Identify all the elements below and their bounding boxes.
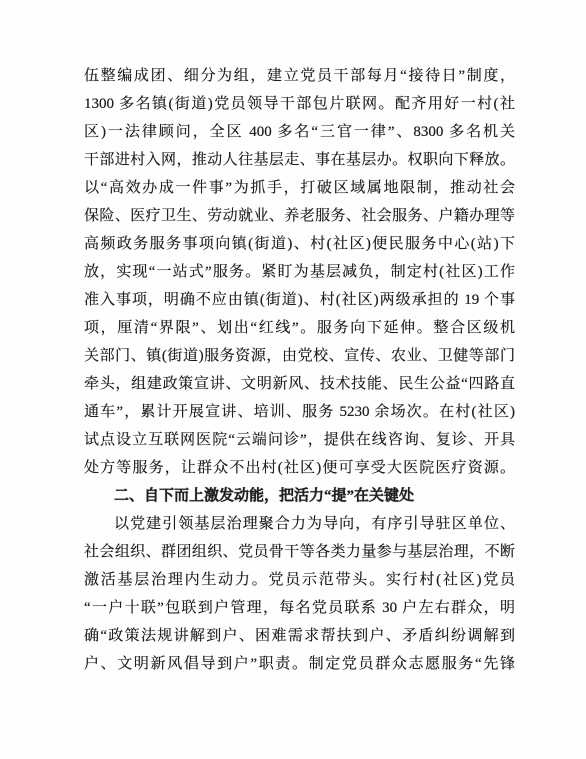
text-line: 处方等服务，让群众不出村(社区)便可享受大医院医疗资源。: [84, 454, 515, 482]
text-line: 干部进村入网，推动人往基层走、事在基层办。权职向下释放。: [84, 146, 515, 174]
text-line: 户、文明新风倡导到户”职责。制定党员群众志愿服务“先锋: [84, 650, 515, 678]
text-line: 牵头，组建政策宣讲、文明新风、技术技能、民生公益“四路直: [84, 370, 515, 398]
text-line: 以党建引领基层治理聚合力为导向，有序引导驻区单位、: [84, 510, 515, 538]
document-text: 伍整编成团、细分为组，建立党员干部每月“接待日”制度， 1300 多名镇(街道)…: [84, 62, 515, 678]
text-line: “一户十联”包联到户管理，每名党员联系 30 户左右群众，明: [84, 594, 515, 622]
text-line: 关部门、镇(街道)服务资源，由党校、宣传、农业、卫健等部门: [84, 342, 515, 370]
text-line: 高频政务服务事项向镇(街道)、村(社区)便民服务中心(站)下: [84, 230, 515, 258]
text-line: 项，厘清“界限”、划出“红线”。服务向下延伸。整合区级机: [84, 314, 515, 342]
text-line: 1300 多名镇(街道)党员领导干部包片联网。配齐用好一村(社: [84, 90, 515, 118]
text-line: 确“政策法规讲解到户、困难需求帮扶到户、矛盾纠纷调解到: [84, 622, 515, 650]
text-line: 准入事项，明确不应由镇(街道)、村(社区)两级承担的 19 个事: [84, 286, 515, 314]
text-line: 伍整编成团、细分为组，建立党员干部每月“接待日”制度，: [84, 62, 515, 90]
text-line: 社会组织、群团组织、党员骨干等各类力量参与基层治理，不断: [84, 538, 515, 566]
text-line: 试点设立互联网医院“云端问诊”，提供在线咨询、复诊、开具: [84, 426, 515, 454]
section-heading: 二、自下而上激发动能，把活力“提”在关键处: [84, 482, 515, 510]
text-line: 放，实现“一站式”服务。紧盯为基层减负，制定村(社区)工作: [84, 258, 515, 286]
text-line: 通车”，累计开展宣讲、培训、服务 5230 余场次。在村(社区): [84, 398, 515, 426]
text-line: 保险、医疗卫生、劳动就业、养老服务、社会服务、户籍办理等: [84, 202, 515, 230]
document-page: 伍整编成团、细分为组，建立党员干部每月“接待日”制度， 1300 多名镇(街道)…: [0, 0, 586, 759]
text-line: 激活基层治理内生动力。党员示范带头。实行村(社区)党员: [84, 566, 515, 594]
text-line: 区)一法律顾问，全区 400 多名“三官一律”、8300 多名机关: [84, 118, 515, 146]
text-line: 以“高效办成一件事”为抓手，打破区域属地限制，推动社会: [84, 174, 515, 202]
